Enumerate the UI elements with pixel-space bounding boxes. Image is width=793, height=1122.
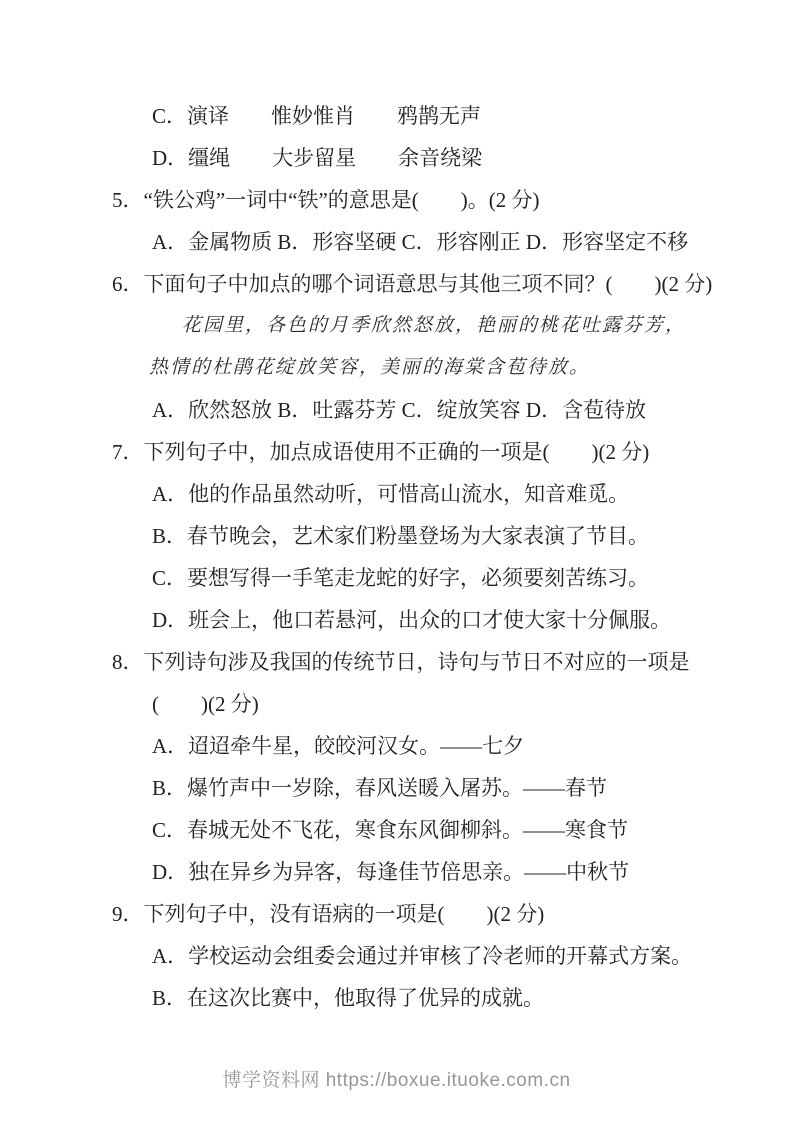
q5-options-row: A．金属物质 B．形容坚硬 C．形容刚正 D．形容坚定不移	[152, 221, 793, 263]
q4-option-c: C．演译 惟妙惟肖 鸦鹊无声	[152, 95, 793, 137]
q7-stem: 7．下列句子中，加点成语使用不正确的一项是( )(2 分)	[112, 431, 793, 473]
q6-options-row: A．欣然怒放 B．吐露芬芳 C．绽放笑容 D．含苞待放	[152, 389, 793, 431]
exam-page: C．演译 惟妙惟肖 鸦鹊无声 D．缰绳 大步留星 余音绕梁 5．“铁公鸡”一词中…	[0, 0, 793, 1122]
q8-stem-line-1: 8．下列诗句涉及我国的传统节日，诗句与节日不对应的一项是	[112, 641, 793, 683]
q8-option-d: D．独在异乡为异客，每逢佳节倍思亲。——中秋节	[152, 851, 793, 893]
q8-option-b: B．爆竹声中一岁除，春风送暖入屠苏。——春节	[152, 767, 793, 809]
q9-stem: 9．下列句子中，没有语病的一项是( )(2 分)	[112, 893, 793, 935]
q9-option-b: B．在这次比赛中，他取得了优异的成就。	[152, 977, 793, 1019]
q8-option-c: C．春城无处不飞花，寒食东风御柳斜。——寒食节	[152, 809, 793, 851]
q7-option-a: A．他的作品虽然动听，可惜高山流水，知音难觅。	[152, 473, 793, 515]
q6-passage-line-1: 花园里，各色的月季欣然怒放，艳丽的桃花吐露芬芳，	[182, 305, 793, 347]
footer-watermark: 博学资料网 https://boxue.ituoke.com.cn	[0, 1069, 793, 1093]
q9-option-a: A．学校运动会组委会通过并审核了冷老师的开幕式方案。	[152, 935, 793, 977]
q7-option-b: B．春节晚会，艺术家们粉墨登场为大家表演了节目。	[152, 515, 793, 557]
q8-stem-line-2: ( )(2 分)	[152, 683, 793, 725]
q6-stem: 6．下面句子中加点的哪个词语意思与其他三项不同？( )(2 分)	[112, 263, 793, 305]
q7-option-d: D．班会上，他口若悬河，出众的口才使大家十分佩服。	[152, 599, 793, 641]
q4-option-d: D．缰绳 大步留星 余音绕梁	[152, 137, 793, 179]
q6-passage-line-2: 热情的杜鹃花绽放笑容，美丽的海棠含苞待放。	[149, 347, 793, 389]
q7-option-c: C．要想写得一手笔走龙蛇的好字，必须要刻苦练习。	[152, 557, 793, 599]
exam-content: C．演译 惟妙惟肖 鸦鹊无声 D．缰绳 大步留星 余音绕梁 5．“铁公鸡”一词中…	[0, 0, 793, 1093]
q8-option-a: A．迢迢牵牛星，皎皎河汉女。——七夕	[152, 725, 793, 767]
q5-stem: 5．“铁公鸡”一词中“铁”的意思是( )。(2 分)	[112, 179, 793, 221]
